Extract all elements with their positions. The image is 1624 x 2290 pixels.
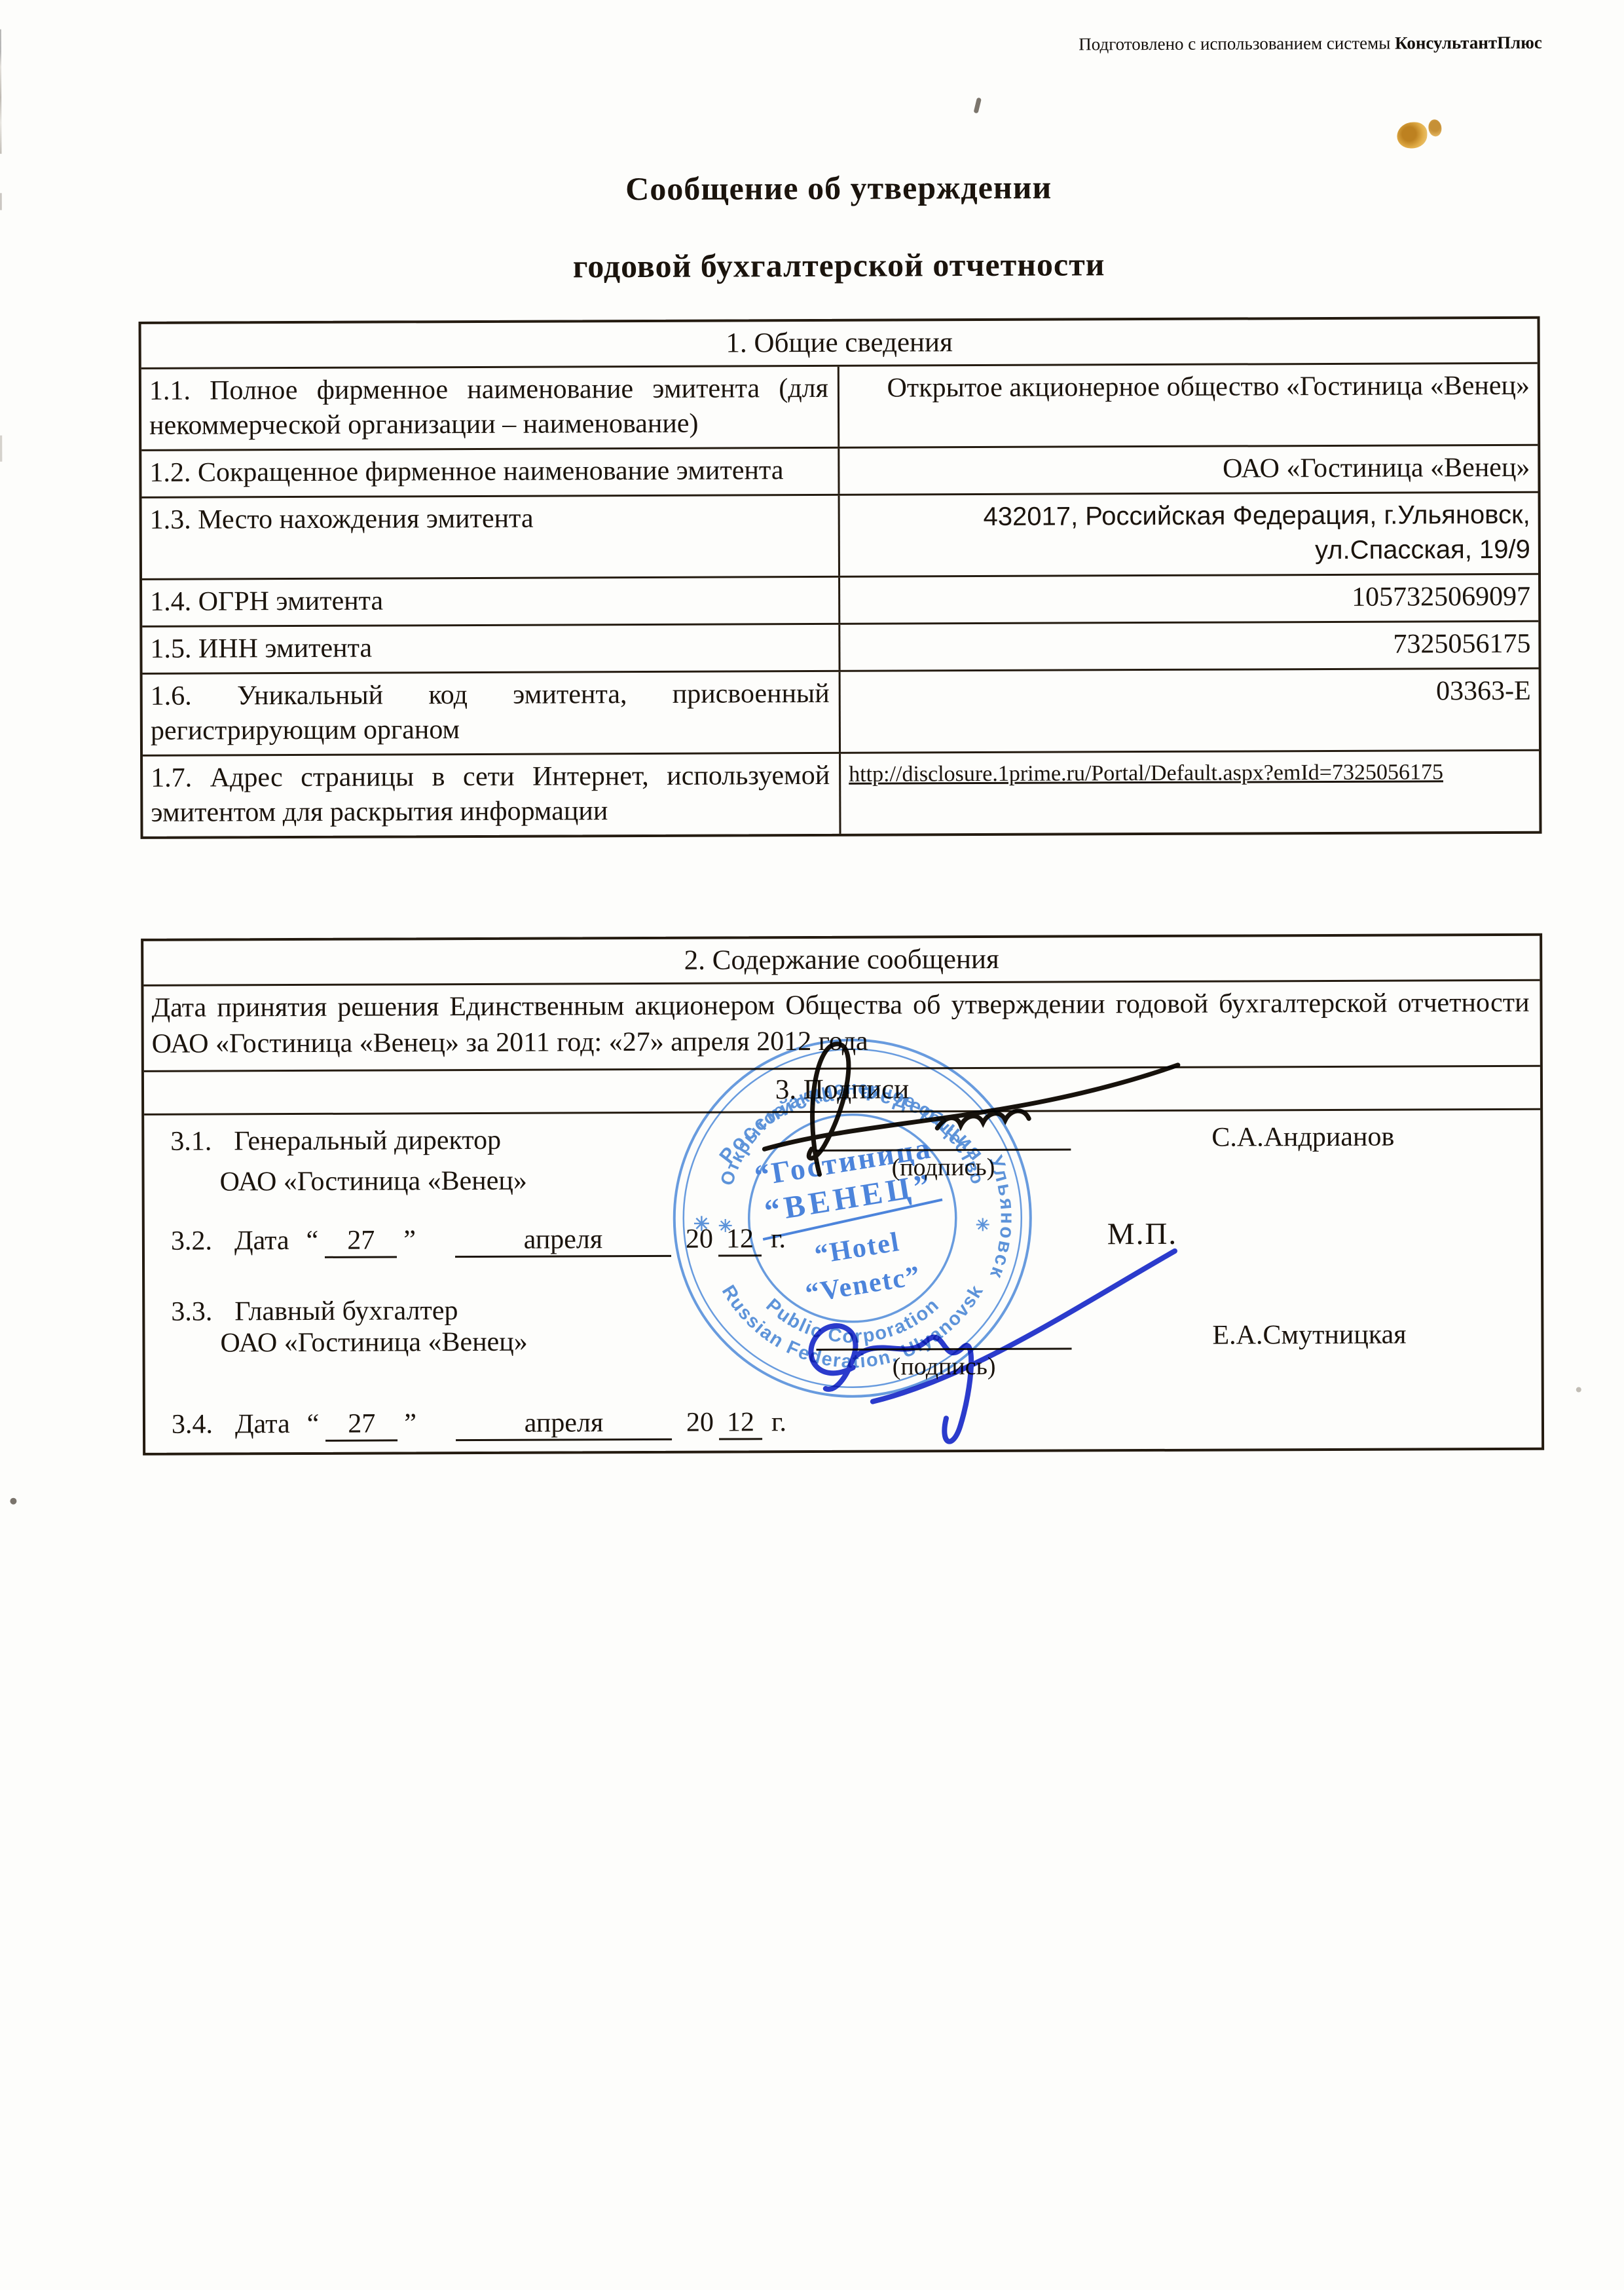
clause-number: 3.1. [170, 1127, 212, 1157]
close-quote: ” [404, 1408, 416, 1439]
row-label: 1.2. Сокращенное фирменное наименование … [141, 449, 840, 497]
signer1-name: С.А.Андрианов [1211, 1121, 1394, 1154]
note-prefix: Подготовлено с использованием системы [1079, 33, 1395, 54]
scan-artifact-yellow-blob [1397, 122, 1427, 148]
accountant-signature-image [754, 1229, 1187, 1447]
table-row: 1.5. ИНН эмитента 7325056175 [142, 622, 1538, 675]
date-label: Дата [234, 1225, 289, 1256]
scan-artifact-edge [0, 193, 2, 210]
row-label: 1.7. Адрес страницы в сети Интернет, исп… [143, 754, 841, 836]
date1-month: апреля [455, 1224, 671, 1258]
row-label: 1.4. ОГРН эмитента [142, 578, 840, 626]
row-value: 432017, Российская Федерация, г.Ульяновс… [840, 493, 1538, 576]
signer1-role-line2: ОАО «Гостиница «Венец» [219, 1165, 526, 1198]
row-value: 03363-E [841, 669, 1539, 752]
scanned-document-page: Подготовлено с использованием системы Ко… [0, 0, 1624, 2290]
document-title-line1: Сообщение об утверждении [138, 166, 1540, 210]
signer1-role: Генеральный директор [234, 1125, 501, 1157]
note-brand: КонсультантПлюс [1395, 33, 1542, 53]
document-content: Подготовлено с использованием системы Ко… [0, 0, 1624, 2290]
table-row: 1.3. Место нахождения эмитента 432017, Р… [142, 493, 1538, 580]
document-title-line2: годовой бухгалтерской отчетности [138, 244, 1540, 287]
row-value: ОАО «Гостиница «Венец» [840, 446, 1538, 494]
table-row: 1.7. Адрес страницы в сети Интернет, исп… [143, 751, 1539, 836]
open-quote: “ [307, 1408, 320, 1440]
row-label: 1.5. ИНН эмитента [142, 625, 840, 673]
stamp-star-icon: ✳ [693, 1214, 710, 1235]
scan-artifact-edge [0, 29, 2, 154]
table-row: 1.2. Сокращенное фирменное наименование … [141, 446, 1538, 498]
director-signature-image [741, 1019, 1200, 1178]
disclosure-url: http://disclosure.1prime.ru/Portal/Defau… [841, 751, 1539, 834]
clause-number: 3.4. [172, 1409, 213, 1440]
section1-header: 1. Общие сведения [141, 319, 1538, 369]
row-label: 1.3. Место нахождения эмитента [142, 496, 840, 578]
clause-number: 3.3. [171, 1297, 212, 1327]
scan-artifact-dot [10, 1498, 16, 1505]
scan-artifact-yellow-blob [1428, 119, 1441, 136]
signer2-role-line1: 3.3.Главный бухгалтер [171, 1295, 458, 1328]
signer2-name: Е.А.Смутницкая [1212, 1319, 1406, 1351]
table-row: 1.4. ОГРН эмитента 1057325069097 [142, 575, 1538, 628]
date2-day: 27 [325, 1408, 397, 1441]
scan-artifact-mark [973, 98, 982, 114]
row-label: 1.1. Полное фирменное наименование эмите… [141, 367, 840, 449]
date2-month: апреля [456, 1407, 672, 1441]
section2-header: 2. Содержание сообщения [143, 936, 1540, 986]
consultant-plus-note: Подготовлено с использованием системы Ко… [1079, 33, 1542, 55]
row-value: Открытое акционерное общество «Гостиница… [840, 364, 1538, 447]
clause-number: 3.2. [171, 1226, 212, 1257]
signer2-role-line2: ОАО «Гостиница «Венец» [220, 1326, 527, 1359]
row-label: 1.6. Уникальный код эмитента, присвоенны… [143, 672, 841, 755]
stamp-star-icon: ✳ [718, 1216, 733, 1235]
date1-day: 27 [325, 1224, 397, 1258]
date-label: Дата [235, 1408, 290, 1440]
close-quote: ” [403, 1224, 416, 1256]
signer2-role: Главный бухгалтер [234, 1296, 458, 1326]
row-value: 1057325069097 [840, 575, 1538, 623]
open-quote: “ [306, 1225, 319, 1256]
signer1-role-line1: 3.1.Генеральный директор [170, 1125, 501, 1157]
table-row: 1.1. Полное фирменное наименование эмите… [141, 364, 1538, 451]
scan-artifact-dot [1576, 1387, 1581, 1392]
row-value: 7325056175 [840, 622, 1538, 670]
scan-artifact-edge [0, 436, 2, 462]
table-row: 1.6. Уникальный код эмитента, присвоенны… [143, 669, 1539, 757]
general-info-table: 1. Общие сведения 1.1. Полное фирменное … [139, 316, 1542, 839]
